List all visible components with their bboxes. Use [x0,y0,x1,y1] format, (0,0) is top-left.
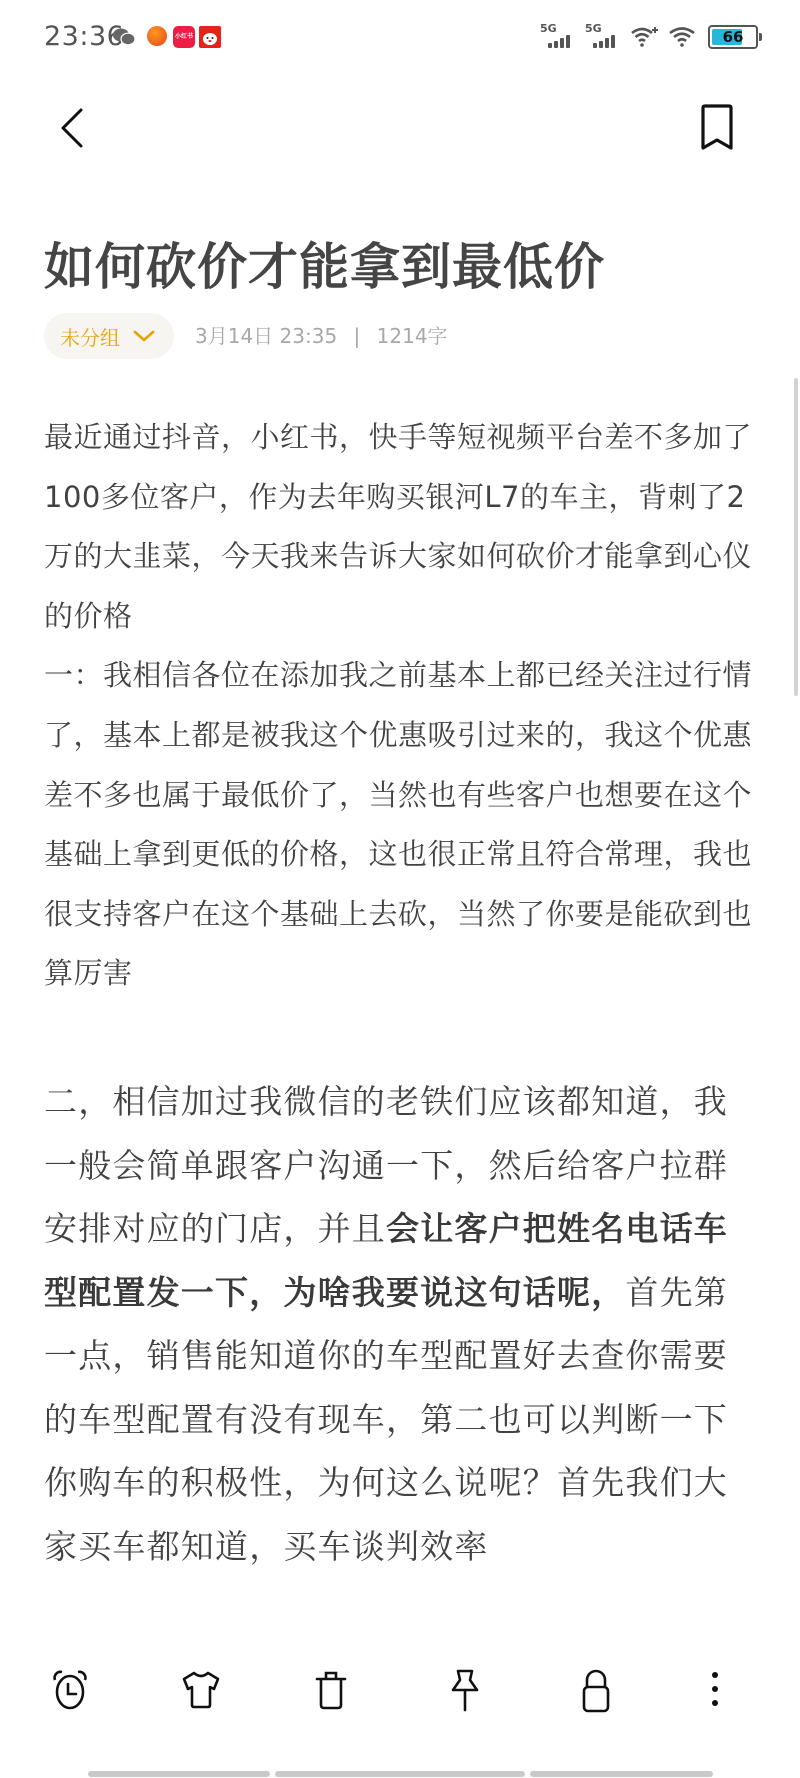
trash-icon [309,1667,353,1713]
more-vertical-icon [709,1667,721,1713]
body-text-block: 一：我相信各位在添加我之前基本上都已经关注过行情了，基本上都是被我这个优惠吸引过… [44,646,756,1004]
lock-icon [574,1665,618,1715]
body-text-segment: 首先第一点，销售能知道你的车型配置好去查你需要的车型配置有没有现车，第二也可以判… [44,1273,728,1566]
battery-tip [759,33,762,41]
reminder-button[interactable] [42,1662,98,1718]
delete-button[interactable] [303,1662,359,1718]
signal-5g-1-icon: 5G [540,23,576,51]
music-app-icon [147,26,167,46]
bookmark-button[interactable] [695,100,739,156]
bottom-toolbar [0,1636,800,1778]
wifi-plus-icon [630,25,660,49]
pin-icon [443,1666,487,1714]
wifi-icon [668,25,696,49]
note-title[interactable]: 如何砍价才能拿到最低价 [44,232,605,302]
battery-level: 66 [710,27,756,47]
tshirt-icon [178,1667,224,1713]
body-text-block: 最近通过抖音，小红书，快手等短视频平台差不多加了100多位客户，作为去年购买银河… [44,408,756,646]
alarm-clock-icon [47,1666,93,1714]
chevron-down-icon [132,328,156,344]
theme-button[interactable] [173,1662,229,1718]
note-body-paragraph-2[interactable]: 二，相信加过我微信的老铁们应该都知道，我一般会简单跟客户沟通一下，然后给客户拉群… [44,1070,756,1578]
note-date: 3月14日 23:35 [195,324,337,348]
nav-gesture-segment-left[interactable] [88,1771,270,1777]
category-label: 未分组 [60,322,120,351]
category-dropdown[interactable]: 未分组 [44,313,174,359]
note-body-paragraph-1[interactable]: 最近通过抖音，小红书，快手等短视频平台差不多加了100多位客户，作为去年购买银河… [44,408,756,1004]
bookmark-icon [695,100,739,156]
wechat-icon [112,27,136,47]
note-meta: 3月14日 23:35 | 1214字 [195,322,448,350]
jd-icon [199,26,221,48]
scrollbar[interactable] [794,378,798,696]
xiaohongshu-icon: 小红书 [173,26,195,48]
word-count: 1214字 [377,324,448,348]
chevron-left-icon [48,100,96,156]
lock-button[interactable] [568,1662,624,1718]
nav-gesture-segment-center[interactable] [275,1771,525,1777]
signal-5g-2-icon: 5G [585,23,621,51]
nav-gesture-segment-right[interactable] [530,1771,713,1777]
battery-icon: 66 [708,25,758,49]
more-button[interactable] [700,1662,730,1718]
pin-button[interactable] [437,1662,493,1718]
meta-separator: | [354,324,361,348]
back-button[interactable] [48,100,96,156]
